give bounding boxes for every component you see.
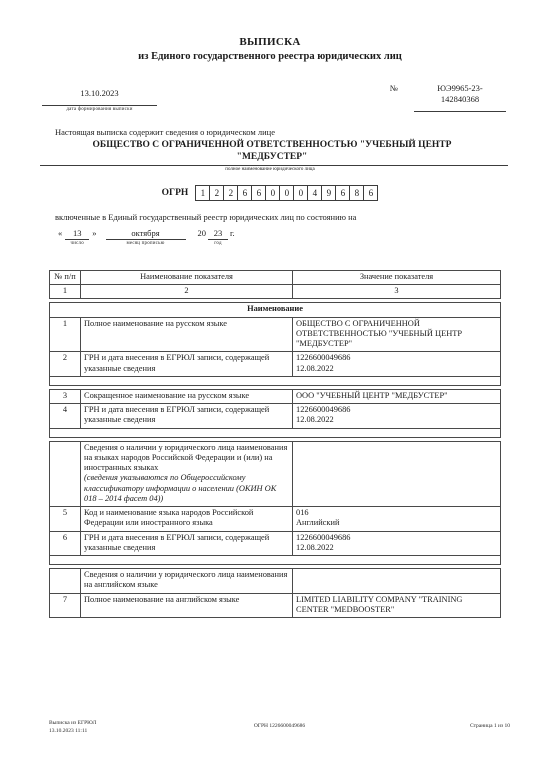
footer-timestamp: 13.10.2023 11:11 [49, 727, 203, 735]
row-name-cell: Полное наименование на английском языке [81, 593, 293, 618]
row-name-cell: Код и наименование языка народов Российс… [81, 507, 293, 532]
ogrn-digit-boxes: 1 2 2 6 6 0 0 0 4 9 6 8 6 [195, 185, 378, 201]
page-footer: Выписка из ЕГРЮЛ 13.10.2023 11:11 ОГРН 1… [0, 719, 540, 736]
footer-page-number: Страница 1 из 10 [356, 719, 510, 736]
month-caption: месяц прописью [126, 241, 164, 246]
spacer-row [50, 428, 501, 437]
header-name: Наименование показателя [81, 270, 293, 284]
footer-doc-type: Выписка из ЕГРЮЛ [49, 719, 203, 727]
row-name-cell: Сокращенное наименование на русском язык… [81, 389, 293, 403]
column-index-row: 1 2 3 [50, 285, 501, 299]
ogrn-digit: 0 [293, 185, 308, 201]
ogrn-digit: 2 [209, 185, 224, 201]
table-row: 3 Сокращенное наименование на русском яз… [50, 389, 501, 403]
ogrn-row: ОГРН 1 2 2 6 6 0 0 0 4 9 6 8 6 [0, 185, 540, 201]
document-number-line2: 142840368 [414, 94, 506, 105]
row-num-cell: 5 [50, 507, 81, 532]
footer-left: Выписка из ЕГРЮЛ 13.10.2023 11:11 [49, 719, 203, 736]
company-name-caption: полное наименование юридического лица [0, 167, 540, 172]
row-num-cell: 3 [50, 389, 81, 403]
row-num-cell [50, 441, 81, 507]
row-name-cell: ГРН и дата внесения в ЕГРЮЛ записи, соде… [81, 404, 293, 429]
row-value-cell [293, 441, 501, 507]
year-mark: г. [228, 228, 237, 238]
table-header-block: № п/п Наименование показателя Значение п… [49, 270, 501, 300]
row-name-cell: Сведения о наличии у юридического лица н… [81, 441, 293, 507]
company-name: ОБЩЕСТВО С ОГРАНИЧЕННОЙ ОТВЕТСТВЕННОСТЬЮ… [40, 140, 504, 164]
col-index-value: 3 [293, 285, 501, 299]
row-num-cell: 4 [50, 404, 81, 429]
intro-line: Настоящая выписка содержит сведения о юр… [55, 127, 506, 137]
ogrn-digit: 0 [265, 185, 280, 201]
ogrn-digit: 6 [335, 185, 350, 201]
table-row: 6 ГРН и дата внесения в ЕГРЮЛ записи, со… [50, 531, 501, 556]
table-row: 7 Полное наименование на английском язык… [50, 593, 501, 618]
ogrn-digit: 8 [349, 185, 364, 201]
footer-ogrn: ОГРН 1226600049686 [203, 719, 357, 736]
ogrn-digit: 4 [307, 185, 322, 201]
row-value-cell: 1226600049686 12.08.2022 [293, 352, 501, 377]
row-name-text: Сведения о наличии у юридического лица н… [84, 443, 287, 473]
col-index-num: 1 [50, 285, 81, 299]
table-row: 1 Полное наименование на русском языке О… [50, 317, 501, 352]
century-value: 20 [196, 228, 209, 238]
header-value: Значение показателя [293, 270, 501, 284]
day-fill: 13 число [65, 228, 89, 246]
ogrn-digit: 2 [223, 185, 238, 201]
year-caption: год [214, 241, 221, 246]
table-row: 5 Код и наименование языка народов Росси… [50, 507, 501, 532]
section-band-row: Наименование [50, 303, 501, 317]
close-quote: » [89, 228, 99, 238]
issue-date-block: 13.10.2023 дата формирования выписки [42, 83, 157, 112]
company-name-line1: ОБЩЕСТВО С ОГРАНИЧЕННОЙ ОТВЕТСТВЕННОСТЬЮ… [40, 140, 504, 152]
document-title: ВЫПИСКА [0, 36, 540, 48]
company-name-underline [40, 165, 508, 166]
row-value-cell: 1226600049686 12.08.2022 [293, 531, 501, 556]
header-row: 13.10.2023 дата формирования выписки № Ю… [42, 83, 506, 112]
spacer-row [50, 376, 501, 385]
row-name-note: (сведения указываются по Общероссийскому… [84, 473, 289, 504]
open-quote: « [55, 228, 65, 238]
row-name-cell: Сведения о наличии у юридического лица н… [81, 569, 293, 594]
row-num-cell [50, 569, 81, 594]
year-value: 23 [208, 228, 228, 240]
table-row: 4 ГРН и дата внесения в ЕГРЮЛ записи, со… [50, 404, 501, 429]
row-num-cell: 1 [50, 317, 81, 352]
ogrn-digit: 6 [363, 185, 378, 201]
row-value-cell: 016 Английский [293, 507, 501, 532]
section-name-block: Наименование 1 Полное наименование на ру… [49, 302, 501, 386]
col-index-name: 2 [81, 285, 293, 299]
ogrn-digit: 6 [237, 185, 252, 201]
document-subtitle: из Единого государственного реестра юрид… [0, 51, 540, 62]
row-num-cell: 2 [50, 352, 81, 377]
day-caption: число [71, 241, 84, 246]
table-row: Сведения о наличии у юридического лица н… [50, 569, 501, 594]
month-fill: октября месяц прописью [106, 228, 186, 246]
header-num: № п/п [50, 270, 81, 284]
ogrn-digit: 1 [195, 185, 210, 201]
month-value: октября [106, 228, 186, 240]
row-value-cell: ООО "УЧЕБНЫЙ ЦЕНТР "МЕДБУСТЕР" [293, 389, 501, 403]
table-header-row: № п/п Наименование показателя Значение п… [50, 270, 501, 284]
row-value-cell: 1226600049686 12.08.2022 [293, 404, 501, 429]
issue-date-value: 13.10.2023 [42, 88, 157, 106]
row-value-cell: LIMITED LIABILITY COMPANY "TRAINING CENT… [293, 593, 501, 618]
number-label: № [390, 83, 398, 112]
english-name-block: Сведения о наличии у юридического лица н… [49, 568, 501, 618]
row-value-cell: ОБЩЕСТВО С ОГРАНИЧЕННОЙ ОТВЕТСТВЕННОСТЬЮ… [293, 317, 501, 352]
row-name-cell: Полное наименование на русском языке [81, 317, 293, 352]
ogrn-digit: 9 [321, 185, 336, 201]
row-name-cell: ГРН и дата внесения в ЕГРЮЛ записи, соде… [81, 531, 293, 556]
spacer-row [50, 556, 501, 565]
row-num-cell: 7 [50, 593, 81, 618]
row-name-cell: ГРН и дата внесения в ЕГРЮЛ записи, соде… [81, 352, 293, 377]
company-name-line2: "МЕДБУСТЕР" [40, 152, 504, 164]
issue-date-caption: дата формирования выписки [42, 107, 157, 112]
year-fill: 23 год [208, 228, 228, 246]
day-value: 13 [65, 228, 89, 240]
egrul-extract-page: ВЫПИСКА из Единого государственного реес… [0, 0, 540, 764]
foreign-language-block: Сведения о наличии у юридического лица н… [49, 441, 501, 566]
as-of-line: включенные в Единый государственный реес… [55, 212, 506, 222]
document-number-line1: ЮЭ9965-23- [414, 83, 506, 94]
indicators-table: № п/п Наименование показателя Значение п… [49, 270, 500, 618]
as-of-date-fill: « 13 число » октября месяц прописью 20 2… [55, 228, 540, 246]
ogrn-digit: 0 [279, 185, 294, 201]
ogrn-digit: 6 [251, 185, 266, 201]
table-row: Сведения о наличии у юридического лица н… [50, 441, 501, 507]
table-row: 2 ГРН и дата внесения в ЕГРЮЛ записи, со… [50, 352, 501, 377]
document-number-block: № ЮЭ9965-23- 142840368 [390, 83, 506, 112]
short-name-block: 3 Сокращенное наименование на русском яз… [49, 389, 501, 438]
ogrn-label: ОГРН [162, 188, 189, 198]
row-num-cell: 6 [50, 531, 81, 556]
section-title: Наименование [50, 303, 501, 317]
row-value-cell [293, 569, 501, 594]
document-number-value: ЮЭ9965-23- 142840368 [414, 83, 506, 112]
